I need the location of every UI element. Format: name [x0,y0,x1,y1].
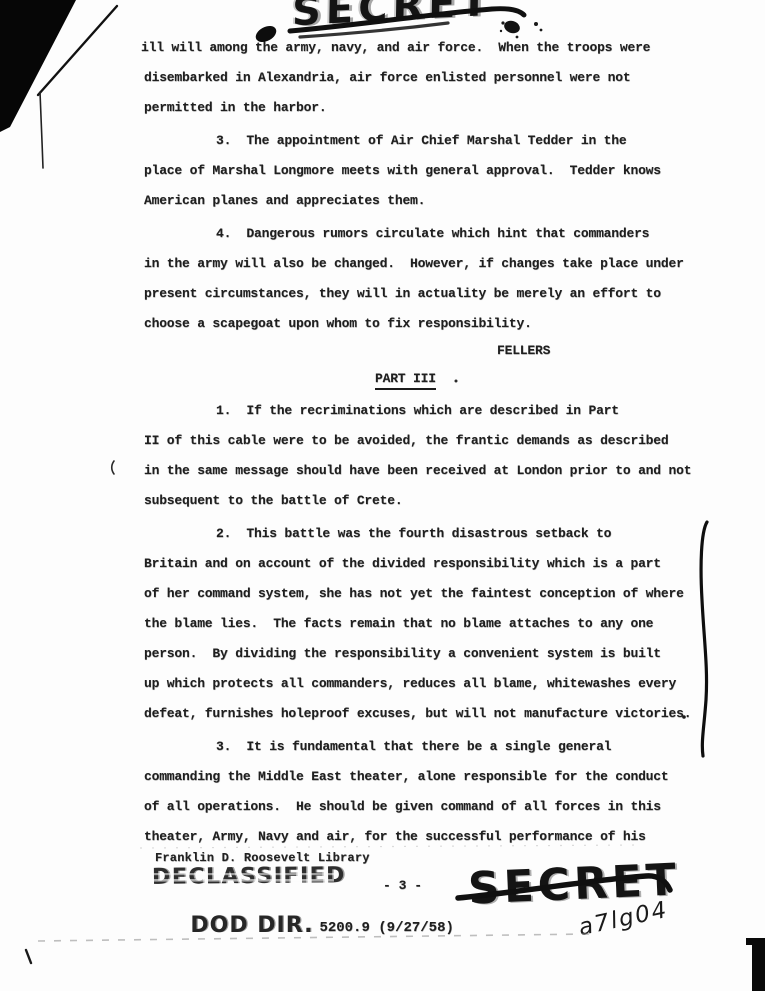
text-line: place of Marshal Longmore meets with gen… [144,163,661,178]
text-line: commanding the Middle East theater, alon… [144,769,669,784]
ink-speck [534,22,538,26]
text-line: II of this cable were to be avoided, the… [144,433,669,448]
text-line: choose a scapegoat upon whom to fix resp… [144,316,532,331]
text-line: theater, Army, Navy and air, for the suc… [144,829,646,844]
text-line: of her command system, she has not yet t… [144,586,684,601]
ink-speck [455,380,458,383]
text-line: person. By dividing the responsibility a… [144,646,661,661]
scanned-document-page: SECRET ill will among the army, navy, an… [0,0,765,991]
text-line: in the same message should have been rec… [144,463,691,478]
text-line: the blame lies. The facts remain that no… [144,616,653,631]
text-line: permitted in the harbor. [144,100,326,115]
edge-artifact-cap [746,938,765,945]
text-line: American planes and appreciates them. [144,193,425,208]
margin-tick-mark [112,461,114,474]
corner-crease-line-vertical [40,92,43,168]
ink-smudge [503,19,522,35]
text-line: disembarked in Alexandria, air force enl… [144,70,630,85]
ink-speck [501,21,504,24]
text-line: 2. This battle was the fourth disastrous… [216,526,611,541]
text-line: Britain and on account of the divided re… [144,556,661,571]
part-heading: PART III [375,371,436,390]
ink-speck [516,36,519,39]
signature: FELLERS [497,343,550,358]
ink-speck [500,30,502,32]
dod-stamp: DOD DIR. [190,913,313,938]
text-line: 4. Dangerous rumors circulate which hint… [216,226,649,241]
ink-speck [540,29,543,32]
text-line: in the army will also be changed. Howeve… [144,256,684,271]
text-line: defeat, furnishes holeproof excuses, but… [144,706,691,721]
text-line: 1. If the recriminations which are descr… [216,403,619,418]
declassified-stamp: DECLASSIFIED [152,865,346,889]
text-line: subsequent to the battle of Crete. [144,493,402,508]
margin-ink-line [701,522,707,756]
dod-directive-row: DOD DIR.5200.9 (9/27/58) [152,895,454,956]
corner-crease-line [38,6,117,95]
corner-tick-mark [26,950,31,963]
text-line: up which protects all commanders, reduce… [144,676,676,691]
edge-artifact-bar [752,940,765,991]
dod-directive-number: 5200.9 (9/27/58) [319,913,453,936]
text-line: ill will among the army, navy, and air f… [141,40,650,55]
corner-fold-artifact [0,0,76,132]
text-line: 3. It is fundamental that there be a sin… [216,739,611,754]
secret-stamp-top: SECRET [292,0,493,32]
text-line: 3. The appointment of Air Chief Marshal … [216,133,626,148]
faint-scan-line-upper [140,845,640,848]
text-line: present circumstances, they will in actu… [144,286,661,301]
page-number: - 3 - [383,878,422,893]
text-line: of all operations. He should be given co… [144,799,661,814]
